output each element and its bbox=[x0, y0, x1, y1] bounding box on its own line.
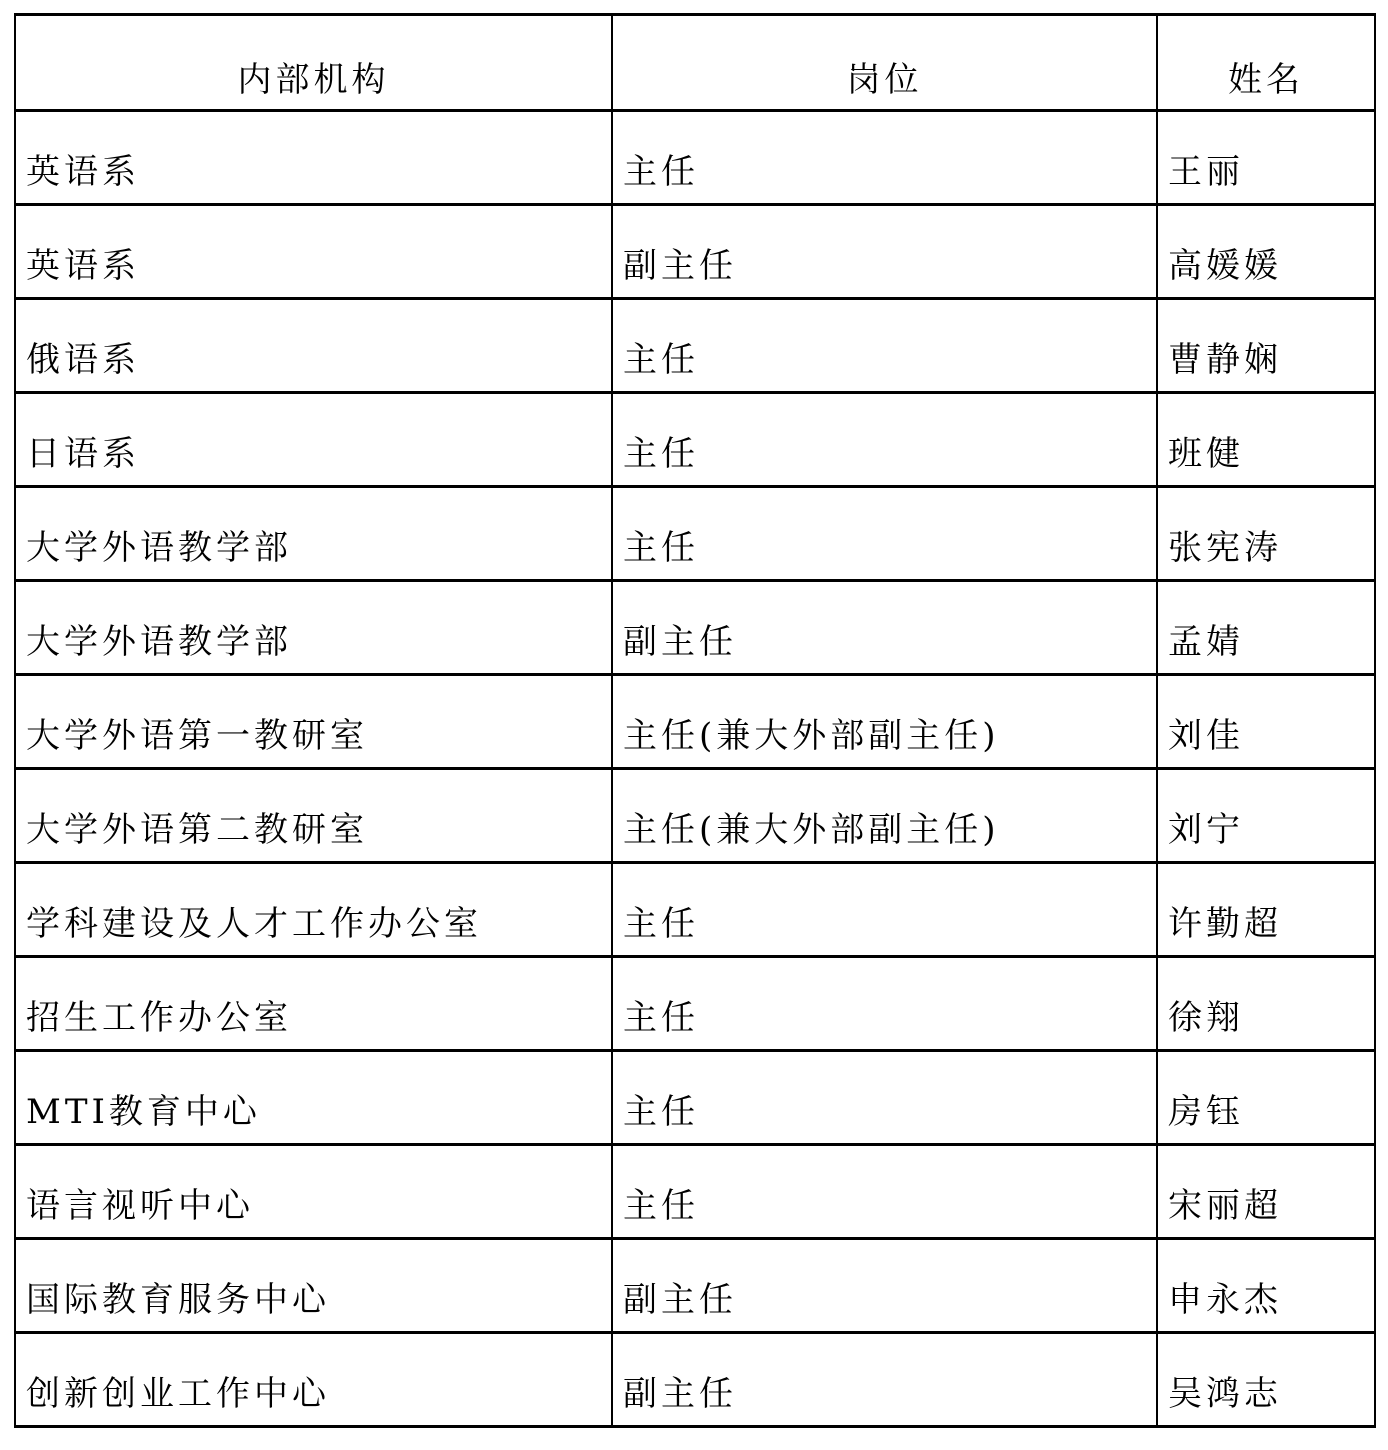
name-cell: 房钰 bbox=[1157, 1051, 1375, 1145]
position-cell: 主任 bbox=[612, 1145, 1157, 1239]
org-cell: 大学外语教学部 bbox=[15, 581, 612, 675]
table-header-row: 内部机构 岗位 姓名 bbox=[15, 15, 1375, 111]
org-cell: 大学外语第一教研室 bbox=[15, 675, 612, 769]
org-cell: 招生工作办公室 bbox=[15, 957, 612, 1051]
position-cell: 副主任 bbox=[612, 1239, 1157, 1333]
name-cell: 申永杰 bbox=[1157, 1239, 1375, 1333]
org-cell: 大学外语教学部 bbox=[15, 487, 612, 581]
position-cell: 主任 bbox=[612, 957, 1157, 1051]
name-cell: 班健 bbox=[1157, 393, 1375, 487]
table-row: 创新创业工作中心 副主任 吴鸿志 bbox=[15, 1333, 1375, 1427]
position-cell: 主任 bbox=[612, 1051, 1157, 1145]
table-row: 大学外语教学部 主任 张宪涛 bbox=[15, 487, 1375, 581]
position-cell: 副主任 bbox=[612, 581, 1157, 675]
org-cell: 创新创业工作中心 bbox=[15, 1333, 612, 1427]
name-cell: 徐翔 bbox=[1157, 957, 1375, 1051]
position-cell: 副主任 bbox=[612, 205, 1157, 299]
staff-table: 内部机构 岗位 姓名 英语系 主任 王丽 英语系 副主任 高媛媛 俄语系 主任 … bbox=[14, 13, 1376, 1428]
name-cell: 高媛媛 bbox=[1157, 205, 1375, 299]
table-row: MTI教育中心 主任 房钰 bbox=[15, 1051, 1375, 1145]
position-cell: 主任 bbox=[612, 111, 1157, 205]
header-internal-org: 内部机构 bbox=[15, 15, 612, 111]
table-row: 学科建设及人才工作办公室 主任 许勤超 bbox=[15, 863, 1375, 957]
name-cell: 孟婧 bbox=[1157, 581, 1375, 675]
table-row: 大学外语第二教研室 主任(兼大外部副主任) 刘宁 bbox=[15, 769, 1375, 863]
org-cell: 学科建设及人才工作办公室 bbox=[15, 863, 612, 957]
org-cell: 俄语系 bbox=[15, 299, 612, 393]
table-row: 语言视听中心 主任 宋丽超 bbox=[15, 1145, 1375, 1239]
name-cell: 王丽 bbox=[1157, 111, 1375, 205]
name-cell: 刘宁 bbox=[1157, 769, 1375, 863]
table-row: 大学外语教学部 副主任 孟婧 bbox=[15, 581, 1375, 675]
position-cell: 主任 bbox=[612, 863, 1157, 957]
name-cell: 宋丽超 bbox=[1157, 1145, 1375, 1239]
org-cell: 语言视听中心 bbox=[15, 1145, 612, 1239]
header-position: 岗位 bbox=[612, 15, 1157, 111]
org-cell: MTI教育中心 bbox=[15, 1051, 612, 1145]
table-row: 俄语系 主任 曹静娴 bbox=[15, 299, 1375, 393]
table-row: 国际教育服务中心 副主任 申永杰 bbox=[15, 1239, 1375, 1333]
position-cell: 主任(兼大外部副主任) bbox=[612, 675, 1157, 769]
name-cell: 吴鸿志 bbox=[1157, 1333, 1375, 1427]
org-cell: 英语系 bbox=[15, 111, 612, 205]
name-cell: 许勤超 bbox=[1157, 863, 1375, 957]
org-cell: 英语系 bbox=[15, 205, 612, 299]
org-cell: 大学外语第二教研室 bbox=[15, 769, 612, 863]
name-cell: 刘佳 bbox=[1157, 675, 1375, 769]
org-cell: 日语系 bbox=[15, 393, 612, 487]
table-row: 英语系 副主任 高媛媛 bbox=[15, 205, 1375, 299]
name-cell: 张宪涛 bbox=[1157, 487, 1375, 581]
header-name: 姓名 bbox=[1157, 15, 1375, 111]
document-page: 内部机构 岗位 姓名 英语系 主任 王丽 英语系 副主任 高媛媛 俄语系 主任 … bbox=[0, 0, 1388, 1450]
name-cell: 曹静娴 bbox=[1157, 299, 1375, 393]
table-row: 日语系 主任 班健 bbox=[15, 393, 1375, 487]
position-cell: 副主任 bbox=[612, 1333, 1157, 1427]
position-cell: 主任 bbox=[612, 299, 1157, 393]
position-cell: 主任 bbox=[612, 393, 1157, 487]
position-cell: 主任(兼大外部副主任) bbox=[612, 769, 1157, 863]
position-cell: 主任 bbox=[612, 487, 1157, 581]
table-row: 大学外语第一教研室 主任(兼大外部副主任) 刘佳 bbox=[15, 675, 1375, 769]
table-row: 英语系 主任 王丽 bbox=[15, 111, 1375, 205]
table-row: 招生工作办公室 主任 徐翔 bbox=[15, 957, 1375, 1051]
org-cell: 国际教育服务中心 bbox=[15, 1239, 612, 1333]
